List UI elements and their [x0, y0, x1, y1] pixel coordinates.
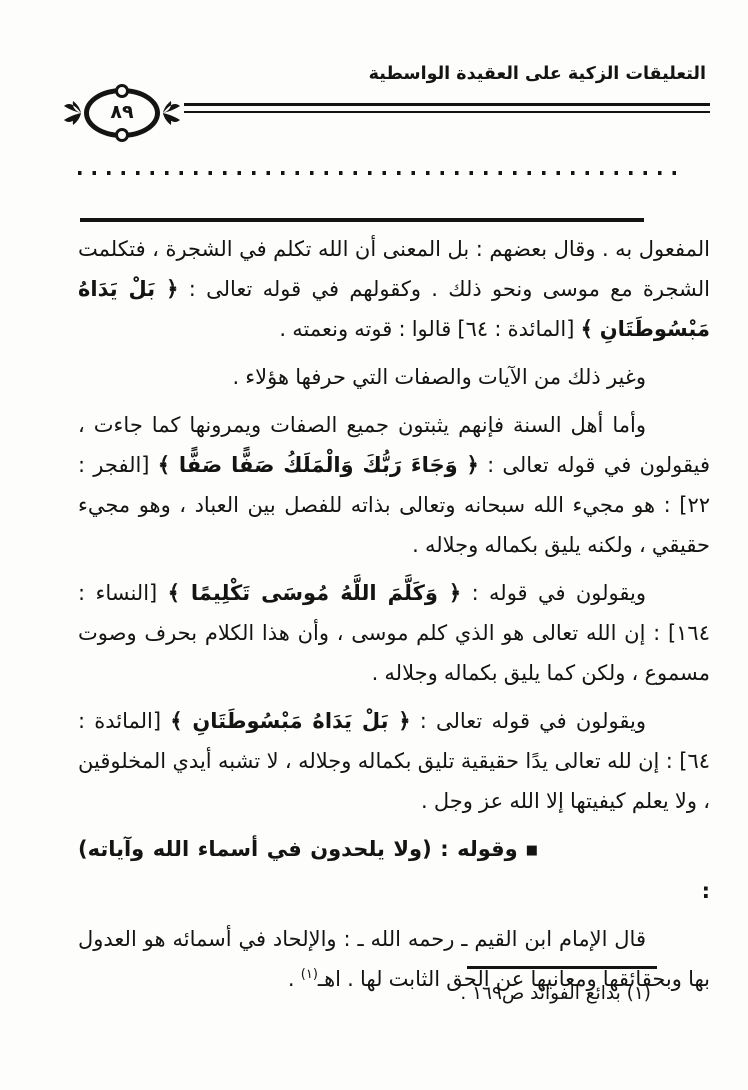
paragraph-text: [المائدة : ٦٤] قالوا : قوته ونعمته .	[279, 317, 580, 341]
paragraph-text: وغير ذلك من الآيات والصفات التي حرفها هؤ…	[232, 365, 646, 389]
paragraph-text: ويقولون في قوله تعالى :	[411, 709, 646, 733]
footnote-text: (١) بدائع الفوائد ص١٦٩ .	[460, 979, 651, 1009]
paragraph-text: .	[288, 967, 301, 991]
square-bullet-icon: ■	[526, 831, 624, 871]
quran-verse: ﴿ وَجَاءَ رَبُّكَ وَالْمَلَكُ صَفًّا صَف…	[158, 453, 479, 477]
page-body: المفعول به . وقال بعضهم : بل المعنى أن ا…	[78, 229, 710, 1007]
page-number-badge: ٨٩	[84, 88, 160, 138]
dot-ornament-icon	[115, 128, 129, 142]
dot-ornament-icon	[115, 84, 129, 98]
header-double-rule	[184, 103, 710, 113]
paragraph: ويقولون في قوله : ﴿ وَكَلَّمَ اللَّهُ مُ…	[78, 573, 710, 693]
page-number: ٨٩	[110, 103, 133, 122]
footnote-separator	[467, 966, 657, 969]
page-number-ornament: ٨٩	[62, 85, 182, 141]
heading-paragraph: ■وقوله : (ولا يلحدون في أسماء الله وآيات…	[78, 829, 710, 911]
leaf-flourish-icon	[162, 100, 181, 126]
quran-verse: ﴿ وَكَلَّمَ اللَّهُ مُوسَى تَكْلِيمًا ﴾	[168, 581, 462, 605]
paragraph: وأما أهل السنة فإنهم يثبتون جميع الصفات …	[78, 405, 710, 565]
footnote-reference: (١)	[301, 967, 318, 982]
paragraph: ويقولون في قوله تعالى : ﴿ بَلْ يَدَاهُ م…	[78, 701, 710, 821]
ellipsis-dotted-line	[78, 171, 678, 175]
paragraph: وغير ذلك من الآيات والصفات التي حرفها هؤ…	[78, 357, 710, 397]
quran-verse: ﴿ بَلْ يَدَاهُ مَبْسُوطَتَانِ ﴾	[170, 709, 410, 733]
book-page-scan: { "colors": { "ink": "#141414", "paper":…	[0, 0, 748, 1090]
leaf-flourish-icon	[63, 100, 82, 126]
paragraph: المفعول به . وقال بعضهم : بل المعنى أن ا…	[78, 229, 710, 349]
book-title: التعليقات الزكية على العقيدة الواسطية	[369, 64, 706, 84]
paragraph-text: ويقولون في قوله :	[461, 581, 646, 605]
section-divider-rule	[80, 218, 644, 222]
